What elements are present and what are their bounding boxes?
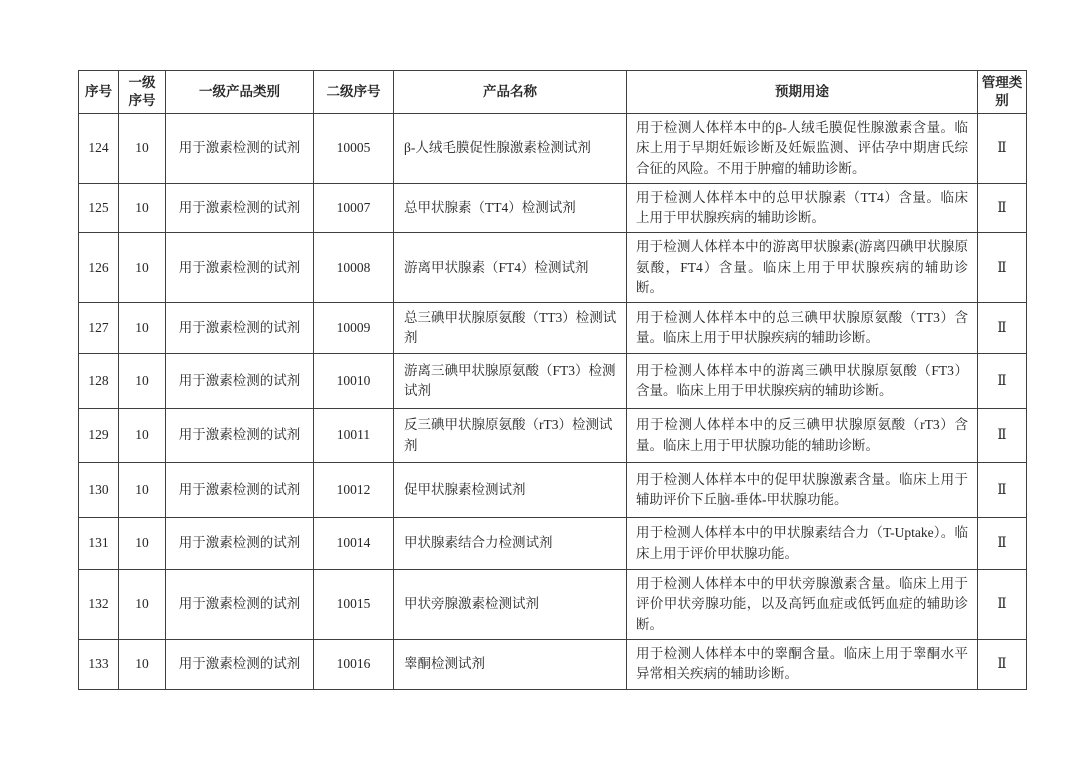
cell-l1-seq: 10 <box>119 463 166 518</box>
cell-l1-category: 用于激素检测的试剂 <box>166 114 314 184</box>
cell-l2-seq: 10011 <box>314 409 394 463</box>
cell-mgmt-class: Ⅱ <box>978 303 1027 354</box>
cell-l2-seq: 10008 <box>314 233 394 303</box>
cell-product-name: 睾酮检测试剂 <box>394 639 627 689</box>
header-intended-use: 预期用途 <box>627 71 978 114</box>
cell-l2-seq: 10014 <box>314 518 394 570</box>
header-l1-seq: 一级序号 <box>119 71 166 114</box>
header-product-name: 产品名称 <box>394 71 627 114</box>
cell-intended-use: 用于检测人体样本中的游离甲状腺素(游离四碘甲状腺原氨酸，FT4）含量。临床上用于… <box>627 233 978 303</box>
cell-intended-use: 用于检测人体样本中的游离三碘甲状腺原氨酸（FT3）含量。临床上用于甲状腺疾病的辅… <box>627 354 978 409</box>
cell-l2-seq: 10009 <box>314 303 394 354</box>
cell-mgmt-class: Ⅱ <box>978 233 1027 303</box>
table-row: 126 10 用于激素检测的试剂 10008 游离甲状腺素（FT4）检测试剂 用… <box>79 233 1027 303</box>
product-classification-table: 序号 一级序号 一级产品类别 二级序号 产品名称 预期用途 管理类别 124 1… <box>78 70 1027 690</box>
cell-l2-seq: 10012 <box>314 463 394 518</box>
cell-l1-seq: 10 <box>119 233 166 303</box>
cell-l2-seq: 10015 <box>314 570 394 640</box>
header-l1-category: 一级产品类别 <box>166 71 314 114</box>
cell-intended-use: 用于检测人体样本中的β-人绒毛膜促性腺激素含量。临床上用于早期妊娠诊断及妊娠监测… <box>627 114 978 184</box>
cell-product-name: 总三碘甲状腺原氨酸（TT3）检测试剂 <box>394 303 627 354</box>
cell-intended-use: 用于检测人体样本中的总三碘甲状腺原氨酸（TT3）含量。临床上用于甲状腺疾病的辅助… <box>627 303 978 354</box>
header-l2-seq: 二级序号 <box>314 71 394 114</box>
cell-l2-seq: 10005 <box>314 114 394 184</box>
table-row: 129 10 用于激素检测的试剂 10011 反三碘甲状腺原氨酸（rT3）检测试… <box>79 409 1027 463</box>
header-seq: 序号 <box>79 71 119 114</box>
table-row: 131 10 用于激素检测的试剂 10014 甲状腺素结合力检测试剂 用于检测人… <box>79 518 1027 570</box>
cell-seq: 129 <box>79 409 119 463</box>
cell-seq: 132 <box>79 570 119 640</box>
cell-mgmt-class: Ⅱ <box>978 639 1027 689</box>
cell-seq: 128 <box>79 354 119 409</box>
cell-product-name: 反三碘甲状腺原氨酸（rT3）检测试剂 <box>394 409 627 463</box>
cell-l1-seq: 10 <box>119 518 166 570</box>
cell-product-name: 游离甲状腺素（FT4）检测试剂 <box>394 233 627 303</box>
cell-l1-category: 用于激素检测的试剂 <box>166 354 314 409</box>
cell-mgmt-class: Ⅱ <box>978 518 1027 570</box>
cell-intended-use: 用于检测人体样本中的总甲状腺素（TT4）含量。临床上用于甲状腺疾病的辅助诊断。 <box>627 183 978 233</box>
cell-l1-category: 用于激素检测的试剂 <box>166 518 314 570</box>
cell-product-name: 甲状旁腺激素检测试剂 <box>394 570 627 640</box>
header-mgmt-class: 管理类别 <box>978 71 1027 114</box>
cell-l1-category: 用于激素检测的试剂 <box>166 463 314 518</box>
cell-l2-seq: 10010 <box>314 354 394 409</box>
cell-mgmt-class: Ⅱ <box>978 114 1027 184</box>
table-row: 128 10 用于激素检测的试剂 10010 游离三碘甲状腺原氨酸（FT3）检测… <box>79 354 1027 409</box>
cell-seq: 130 <box>79 463 119 518</box>
table-row: 124 10 用于激素检测的试剂 10005 β-人绒毛膜促性腺激素检测试剂 用… <box>79 114 1027 184</box>
cell-l2-seq: 10016 <box>314 639 394 689</box>
cell-l1-category: 用于激素检测的试剂 <box>166 303 314 354</box>
cell-product-name: 促甲状腺素检测试剂 <box>394 463 627 518</box>
table-header-row: 序号 一级序号 一级产品类别 二级序号 产品名称 预期用途 管理类别 <box>79 71 1027 114</box>
table-row: 130 10 用于激素检测的试剂 10012 促甲状腺素检测试剂 用于检测人体样… <box>79 463 1027 518</box>
cell-product-name: β-人绒毛膜促性腺激素检测试剂 <box>394 114 627 184</box>
cell-mgmt-class: Ⅱ <box>978 354 1027 409</box>
cell-l1-seq: 10 <box>119 570 166 640</box>
cell-mgmt-class: Ⅱ <box>978 409 1027 463</box>
cell-mgmt-class: Ⅱ <box>978 183 1027 233</box>
cell-l1-seq: 10 <box>119 114 166 184</box>
cell-l1-category: 用于激素检测的试剂 <box>166 409 314 463</box>
table-row: 125 10 用于激素检测的试剂 10007 总甲状腺素（TT4）检测试剂 用于… <box>79 183 1027 233</box>
cell-l1-category: 用于激素检测的试剂 <box>166 233 314 303</box>
cell-intended-use: 用于检测人体样本中的甲状腺素结合力（T-Uptake）。临床上用于评价甲状腺功能… <box>627 518 978 570</box>
cell-seq: 127 <box>79 303 119 354</box>
cell-product-name: 游离三碘甲状腺原氨酸（FT3）检测试剂 <box>394 354 627 409</box>
cell-seq: 133 <box>79 639 119 689</box>
cell-l1-seq: 10 <box>119 303 166 354</box>
cell-seq: 124 <box>79 114 119 184</box>
cell-seq: 131 <box>79 518 119 570</box>
cell-l1-seq: 10 <box>119 183 166 233</box>
cell-product-name: 总甲状腺素（TT4）检测试剂 <box>394 183 627 233</box>
cell-intended-use: 用于检测人体样本中的甲状旁腺激素含量。临床上用于评价甲状旁腺功能，以及高钙血症或… <box>627 570 978 640</box>
cell-intended-use: 用于检测人体样本中的反三碘甲状腺原氨酸（rT3）含量。临床上用于甲状腺功能的辅助… <box>627 409 978 463</box>
cell-l1-category: 用于激素检测的试剂 <box>166 183 314 233</box>
table-row: 127 10 用于激素检测的试剂 10009 总三碘甲状腺原氨酸（TT3）检测试… <box>79 303 1027 354</box>
cell-l2-seq: 10007 <box>314 183 394 233</box>
table-row: 132 10 用于激素检测的试剂 10015 甲状旁腺激素检测试剂 用于检测人体… <box>79 570 1027 640</box>
cell-l1-seq: 10 <box>119 409 166 463</box>
cell-l1-seq: 10 <box>119 354 166 409</box>
cell-mgmt-class: Ⅱ <box>978 463 1027 518</box>
cell-intended-use: 用于检测人体样本中的睾酮含量。临床上用于睾酮水平异常相关疾病的辅助诊断。 <box>627 639 978 689</box>
cell-product-name: 甲状腺素结合力检测试剂 <box>394 518 627 570</box>
cell-seq: 126 <box>79 233 119 303</box>
cell-l1-category: 用于激素检测的试剂 <box>166 639 314 689</box>
cell-l1-seq: 10 <box>119 639 166 689</box>
cell-mgmt-class: Ⅱ <box>978 570 1027 640</box>
cell-seq: 125 <box>79 183 119 233</box>
cell-l1-category: 用于激素检测的试剂 <box>166 570 314 640</box>
scanned-document-page: { "colors": { "background": "#ffffff", "… <box>0 0 1080 763</box>
cell-intended-use: 用于检测人体样本中的促甲状腺激素含量。临床上用于辅助评价下丘脑-垂体-甲状腺功能… <box>627 463 978 518</box>
table-row: 133 10 用于激素检测的试剂 10016 睾酮检测试剂 用于检测人体样本中的… <box>79 639 1027 689</box>
